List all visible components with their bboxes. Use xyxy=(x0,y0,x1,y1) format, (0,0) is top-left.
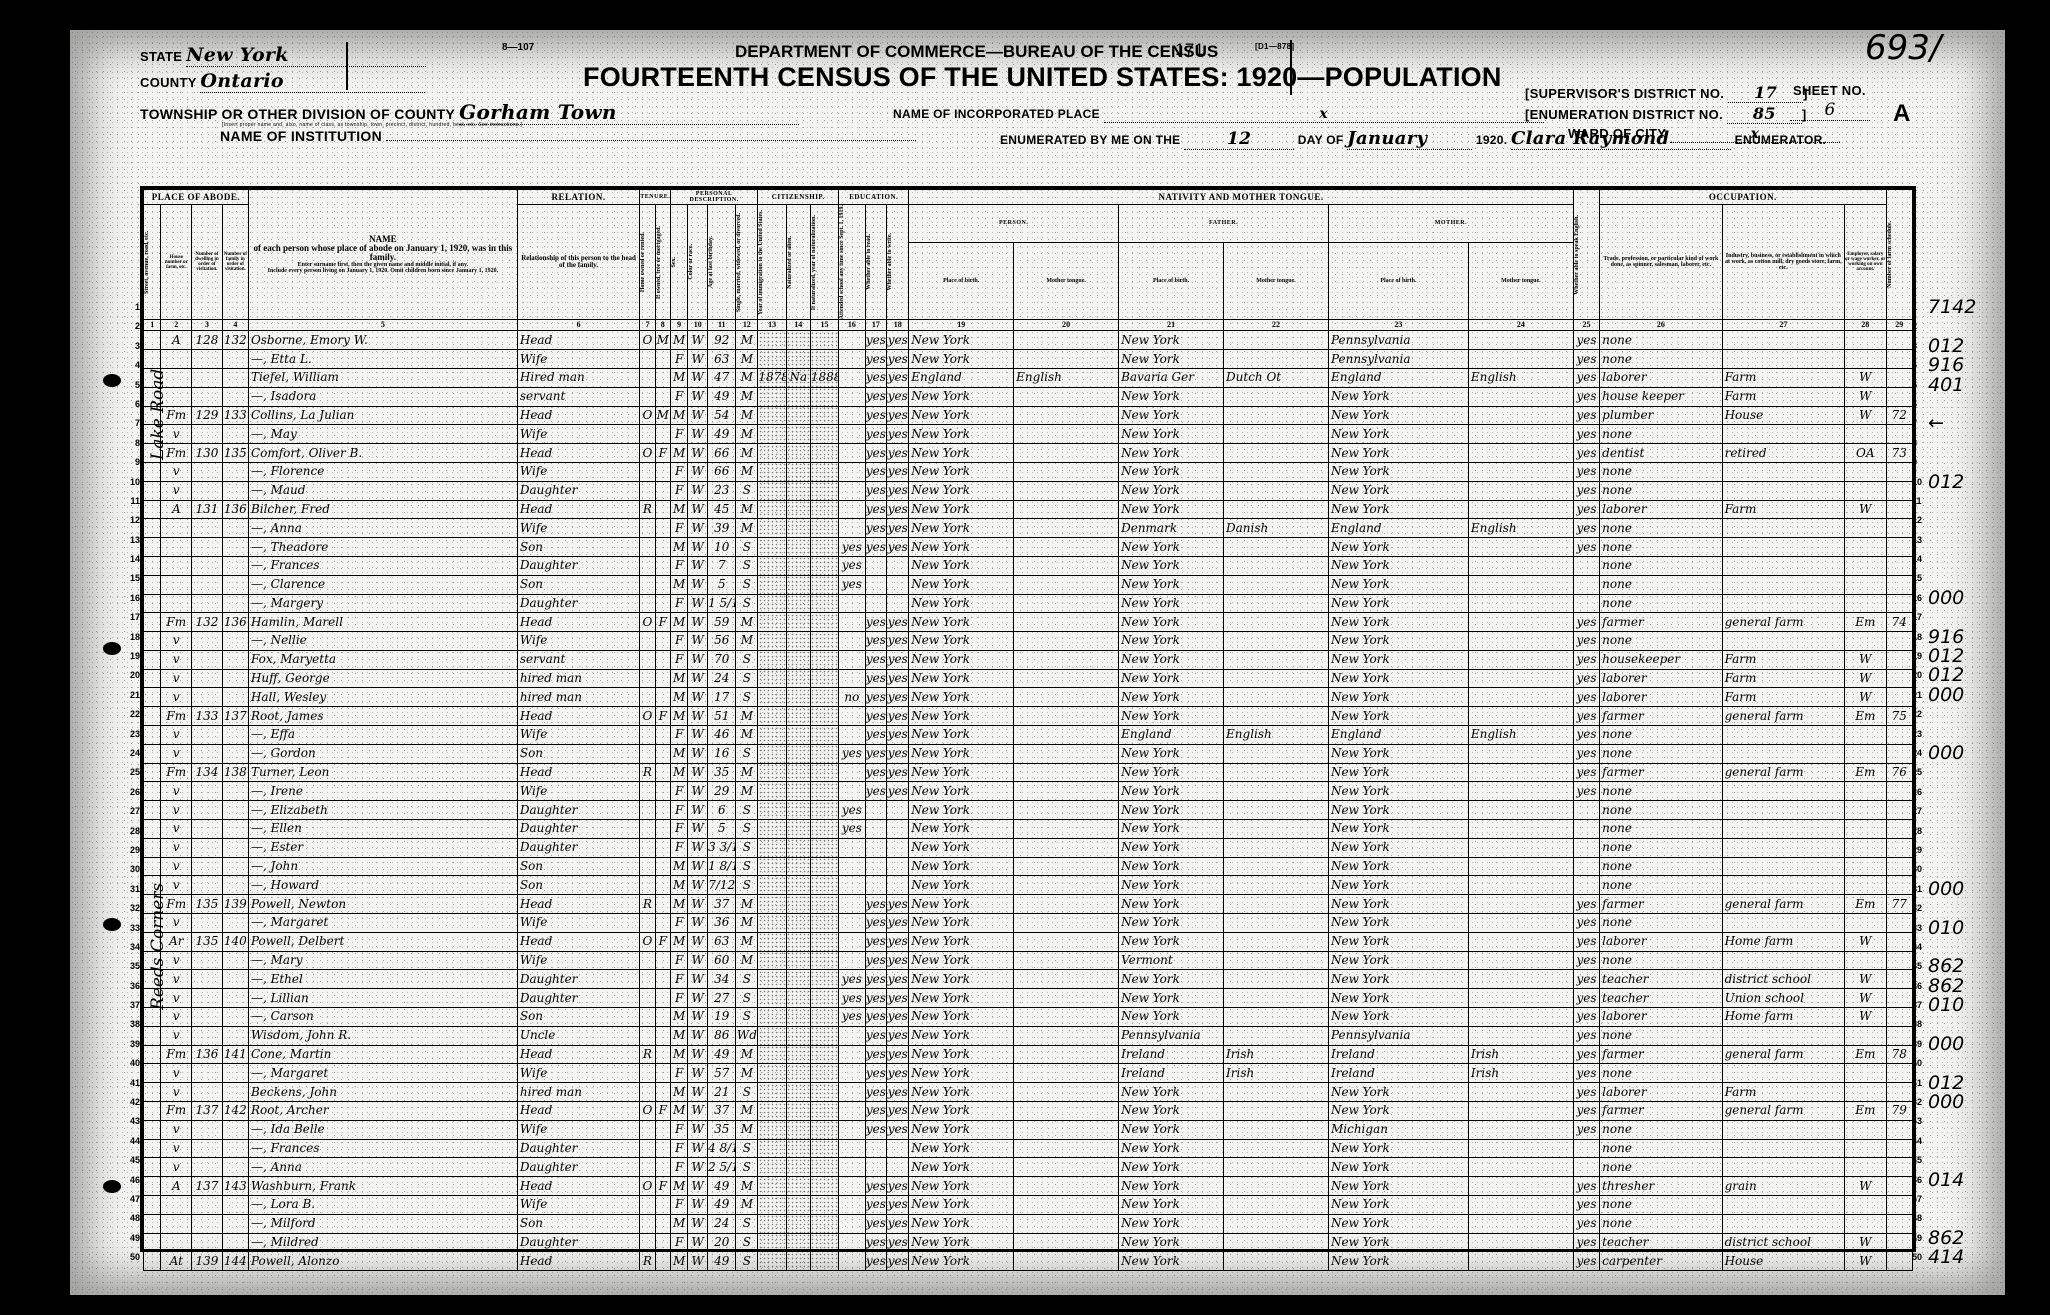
cell-mtongue: Irish xyxy=(1468,1064,1573,1083)
cell-marital: M xyxy=(736,350,758,369)
cell-home xyxy=(640,820,655,839)
line-number: 17 xyxy=(1912,608,1928,627)
cell-name: Tiefel, William xyxy=(248,368,517,387)
cell-ftongue xyxy=(1224,1196,1329,1215)
line-number: 28 xyxy=(124,822,140,841)
cell-employer: W xyxy=(1845,387,1887,406)
cell-house: v xyxy=(161,1158,192,1177)
table-row: Ar135140Powell, DelbertHeadOFMW63Myesyes… xyxy=(144,932,1913,951)
line-number: 27 xyxy=(124,802,140,821)
column-number: 2 xyxy=(161,320,192,331)
cell-english: yes xyxy=(1573,726,1599,745)
line-number: 13 xyxy=(1912,531,1928,550)
supervisor-district-field: [SUPERVISOR'S DISTRICT NO. 17] xyxy=(1525,83,1808,103)
cell-trade: none xyxy=(1600,857,1722,876)
cell-industry xyxy=(1722,556,1844,575)
cell-family xyxy=(222,538,248,557)
cell-family: 135 xyxy=(222,444,248,463)
cell-industry: general farm xyxy=(1722,1102,1844,1121)
cell-english: yes xyxy=(1573,350,1599,369)
cell-ftongue xyxy=(1224,613,1329,632)
cell-natyr xyxy=(810,1214,838,1233)
cell-mort: F xyxy=(655,444,670,463)
cell-trade: none xyxy=(1600,575,1722,594)
nativity-heading: NATIVITY AND MOTHER TONGUE. xyxy=(909,193,1573,202)
cell-immig xyxy=(758,1120,786,1139)
cell-name: Turner, Leon xyxy=(248,763,517,782)
cell-english: yes xyxy=(1573,782,1599,801)
cell-industry: House xyxy=(1722,406,1844,425)
line-number: 12 xyxy=(1912,511,1928,530)
cell-read: yes xyxy=(865,444,887,463)
cell-mpob: New York xyxy=(1328,951,1468,970)
cell-age: 49 xyxy=(708,1252,736,1271)
cell-trade: none xyxy=(1600,1158,1722,1177)
person-pob-heading: Place of birth. xyxy=(909,242,1014,320)
cell-industry xyxy=(1722,538,1844,557)
header-family: Number of family in order of visitation. xyxy=(222,205,248,320)
cell-employer: OA xyxy=(1845,444,1887,463)
line-number: 43 xyxy=(124,1112,140,1131)
column-number: 21 xyxy=(1119,320,1224,331)
cell-read: yes xyxy=(865,1252,887,1271)
cell-family xyxy=(222,1158,248,1177)
line-number: 25 xyxy=(124,763,140,782)
cell-natyr xyxy=(810,1045,838,1064)
cell-relation: Wife xyxy=(517,462,639,481)
column-number: 5 xyxy=(248,320,517,331)
cell-name: —, Etta L. xyxy=(248,350,517,369)
cell-school xyxy=(839,594,865,613)
cell-mort xyxy=(655,594,670,613)
cell-school xyxy=(839,632,865,651)
cell-write: yes xyxy=(887,1177,909,1196)
cell-mtongue xyxy=(1468,669,1573,688)
cell-street xyxy=(144,594,161,613)
cell-trade: farmer xyxy=(1600,707,1722,726)
column-number: 14 xyxy=(786,320,810,331)
cell-age: 63 xyxy=(708,932,736,951)
cell-relation: hired man xyxy=(517,669,639,688)
line-number: 31 xyxy=(124,880,140,899)
cell-pob: New York xyxy=(909,500,1014,519)
cell-natyr xyxy=(810,669,838,688)
line-number: 39 xyxy=(124,1035,140,1054)
line-number: 38 xyxy=(124,1015,140,1034)
cell-sex: F xyxy=(670,350,687,369)
cell-trade: none xyxy=(1600,462,1722,481)
county-field: COUNTY Ontario xyxy=(140,70,425,93)
cell-read xyxy=(865,876,887,895)
cell-relation: Daughter xyxy=(517,989,639,1008)
cell-tongue xyxy=(1014,820,1119,839)
cell-race: W xyxy=(688,1008,708,1027)
cell-family xyxy=(222,556,248,575)
table-row: Fm129133Collins, La JulianHeadOMMW54Myes… xyxy=(144,406,1913,425)
cell-pob: New York xyxy=(909,726,1014,745)
cell-street xyxy=(144,1008,161,1027)
cell-school xyxy=(839,387,865,406)
cell-write: yes xyxy=(887,425,909,444)
cell-race: W xyxy=(688,331,708,350)
cell-pob: New York xyxy=(909,857,1014,876)
cell-mort xyxy=(655,632,670,651)
cell-family: 132 xyxy=(222,331,248,350)
cell-immig xyxy=(758,744,786,763)
cell-mort xyxy=(655,744,670,763)
cell-industry xyxy=(1722,350,1844,369)
cell-natyr xyxy=(810,895,838,914)
cell-industry xyxy=(1722,1120,1844,1139)
cell-mpob: New York xyxy=(1328,1139,1468,1158)
line-number: 3 xyxy=(1912,337,1928,356)
cell-english: yes xyxy=(1573,1177,1599,1196)
header-street: Street, avenue, road, etc. xyxy=(144,205,161,320)
cell-industry: Farm xyxy=(1722,1083,1844,1102)
cell-employer xyxy=(1845,876,1887,895)
cell-english: yes xyxy=(1573,613,1599,632)
cell-industry: Farm xyxy=(1722,368,1844,387)
cell-tongue: English xyxy=(1014,368,1119,387)
person-tongue-heading: Mother tongue. xyxy=(1014,242,1119,320)
cell-nat xyxy=(786,575,810,594)
cell-mort: F xyxy=(655,1102,670,1121)
cell-farm xyxy=(1886,951,1912,970)
cell-nat xyxy=(786,801,810,820)
cell-age: 2 5/12 xyxy=(708,1158,736,1177)
cell-immig xyxy=(758,406,786,425)
cell-street xyxy=(144,519,161,538)
header-sex: Sex. xyxy=(670,205,687,320)
cell-ftongue xyxy=(1224,632,1329,651)
cell-tongue xyxy=(1014,650,1119,669)
cell-marital: S xyxy=(736,820,758,839)
cell-ftongue xyxy=(1224,444,1329,463)
cell-sex: M xyxy=(670,1026,687,1045)
cell-mtongue xyxy=(1468,1102,1573,1121)
cell-house: v xyxy=(161,1120,192,1139)
cell-age: 3 3/12 xyxy=(708,838,736,857)
cell-relation: Son xyxy=(517,1214,639,1233)
cell-pob: New York xyxy=(909,594,1014,613)
cell-relation: Wife xyxy=(517,951,639,970)
school-heading: Attended school any time since Sept. 1, … xyxy=(839,205,845,319)
cell-school xyxy=(839,1158,865,1177)
relation-description: Relationship of this person to the head … xyxy=(517,205,639,320)
cell-mtongue: Irish xyxy=(1468,1045,1573,1064)
cell-marital: M xyxy=(736,519,758,538)
cell-tongue xyxy=(1014,1158,1119,1177)
cell-farm xyxy=(1886,594,1912,613)
cell-employer: W xyxy=(1845,669,1887,688)
cell-employer xyxy=(1845,594,1887,613)
cell-farm xyxy=(1886,857,1912,876)
cell-farm xyxy=(1886,744,1912,763)
cell-natyr xyxy=(810,350,838,369)
cell-fpob: New York xyxy=(1119,1008,1224,1027)
line-number: 35 xyxy=(1912,957,1928,976)
cell-age: 49 xyxy=(708,387,736,406)
cell-read: yes xyxy=(865,1083,887,1102)
cell-marital: M xyxy=(736,1120,758,1139)
institution-field: NAME OF INSTITUTION xyxy=(220,128,916,144)
incorporated-place-field: NAME OF INCORPORATED PLACE x xyxy=(893,106,1544,123)
occupation-code xyxy=(1928,899,2003,918)
cell-house: v xyxy=(161,801,192,820)
cell-english: yes xyxy=(1573,989,1599,1008)
cell-mpob: New York xyxy=(1328,876,1468,895)
cell-pob: New York xyxy=(909,650,1014,669)
cell-trade: farmer xyxy=(1600,613,1722,632)
cell-sex: F xyxy=(670,632,687,651)
column-number: 10 xyxy=(688,320,708,331)
cell-dwelling xyxy=(192,726,223,745)
cell-age: 24 xyxy=(708,669,736,688)
cell-read: yes xyxy=(865,613,887,632)
cell-marital: M xyxy=(736,1064,758,1083)
table-row: v—, AnnaDaughterFW2 5/12SNew YorkNew Yor… xyxy=(144,1158,1913,1177)
cell-farm xyxy=(1886,481,1912,500)
cell-mtongue xyxy=(1468,895,1573,914)
cell-school xyxy=(839,331,865,350)
cell-mpob: New York xyxy=(1328,744,1468,763)
cell-pob: New York xyxy=(909,538,1014,557)
cell-school xyxy=(839,500,865,519)
cell-immig xyxy=(758,763,786,782)
cell-write: yes xyxy=(887,726,909,745)
cell-employer: Em xyxy=(1845,1102,1887,1121)
cell-ftongue xyxy=(1224,1177,1329,1196)
cell-mpob: New York xyxy=(1328,425,1468,444)
cell-mtongue xyxy=(1468,707,1573,726)
enumerated-day: 12 xyxy=(1184,129,1294,150)
cell-immig xyxy=(758,820,786,839)
cell-age: 49 xyxy=(708,1045,736,1064)
cell-mpob: New York xyxy=(1328,650,1468,669)
line-number: 18 xyxy=(1912,628,1928,647)
cell-pob: New York xyxy=(909,613,1014,632)
cell-dwelling xyxy=(192,970,223,989)
cell-write: yes xyxy=(887,500,909,519)
cell-street xyxy=(144,1196,161,1215)
cell-fpob: New York xyxy=(1119,387,1224,406)
cell-industry: Farm xyxy=(1722,500,1844,519)
cell-dwelling xyxy=(192,1064,223,1083)
cell-age: 10 xyxy=(708,538,736,557)
cell-immig xyxy=(758,556,786,575)
cell-tongue xyxy=(1014,481,1119,500)
cell-pob: New York xyxy=(909,575,1014,594)
cell-farm xyxy=(1886,820,1912,839)
line-number: 41 xyxy=(124,1074,140,1093)
cell-race: W xyxy=(688,444,708,463)
cell-age: 37 xyxy=(708,1102,736,1121)
cell-english: yes xyxy=(1573,1064,1599,1083)
cell-english: yes xyxy=(1573,368,1599,387)
line-number: 2 xyxy=(124,317,140,336)
cell-relation: Daughter xyxy=(517,820,639,839)
day-of-label: DAY OF xyxy=(1298,133,1344,147)
cell-english: yes xyxy=(1573,1083,1599,1102)
cell-fpob: New York xyxy=(1119,1233,1224,1252)
cell-industry: Farm xyxy=(1722,688,1844,707)
column-number: 26 xyxy=(1600,320,1722,331)
cell-mtongue: English xyxy=(1468,726,1573,745)
table-row: v—, JohnSonMW1 8/12SNew YorkNew YorkNew … xyxy=(144,857,1913,876)
occupation-code xyxy=(1928,511,2003,530)
occupation-code: 7142 xyxy=(1928,298,2003,317)
cell-family xyxy=(222,726,248,745)
cell-read: yes xyxy=(865,989,887,1008)
cell-write: yes xyxy=(887,1026,909,1045)
cell-farm xyxy=(1886,1196,1912,1215)
cell-relation: servant xyxy=(517,650,639,669)
cell-sex: M xyxy=(670,932,687,951)
cell-industry xyxy=(1722,632,1844,651)
cell-trade: none xyxy=(1600,1120,1722,1139)
cell-fpob: New York xyxy=(1119,350,1224,369)
cell-employer: W xyxy=(1845,406,1887,425)
table-row: v—, HowardSonMW7/12SNew YorkNew YorkNew … xyxy=(144,876,1913,895)
cell-nat xyxy=(786,970,810,989)
table-row: Tiefel, WilliamHired manMW47M1878Na1888y… xyxy=(144,368,1913,387)
cell-nat xyxy=(786,707,810,726)
cell-race: W xyxy=(688,387,708,406)
age-heading: Age at last birthday. xyxy=(708,236,714,288)
occupation-code xyxy=(1928,1151,2003,1170)
occupation-code xyxy=(1928,492,2003,511)
cell-mort xyxy=(655,500,670,519)
cell-school xyxy=(839,462,865,481)
cell-natyr xyxy=(810,820,838,839)
cell-fpob: New York xyxy=(1119,707,1224,726)
cell-marital: M xyxy=(736,632,758,651)
cell-industry: general farm xyxy=(1722,613,1844,632)
cell-name: Huff, George xyxy=(248,669,517,688)
cell-write: yes xyxy=(887,1214,909,1233)
cell-farm xyxy=(1886,425,1912,444)
cell-house: v xyxy=(161,726,192,745)
cell-school: yes xyxy=(839,538,865,557)
cell-mort: F xyxy=(655,707,670,726)
cell-natyr xyxy=(810,425,838,444)
write-heading: Whether able to write. xyxy=(887,233,893,291)
line-number: 5 xyxy=(1912,376,1928,395)
cell-ftongue xyxy=(1224,707,1329,726)
cell-home xyxy=(640,801,655,820)
cell-mpob: New York xyxy=(1328,932,1468,951)
cell-house xyxy=(161,594,192,613)
cell-race: W xyxy=(688,1120,708,1139)
header-age: Age at last birthday. xyxy=(708,205,736,320)
cell-school xyxy=(839,1214,865,1233)
cell-write xyxy=(887,1139,909,1158)
cell-read: yes xyxy=(865,1064,887,1083)
cell-family: 138 xyxy=(222,763,248,782)
line-number: 23 xyxy=(124,725,140,744)
cell-farm: 75 xyxy=(1886,707,1912,726)
cell-mtongue xyxy=(1468,406,1573,425)
line-number: 34 xyxy=(1912,938,1928,957)
sex-heading: Sex. xyxy=(671,257,677,268)
occupation-code xyxy=(1928,1015,2003,1034)
cell-pob: New York xyxy=(909,820,1014,839)
cell-relation: Head xyxy=(517,1177,639,1196)
cell-street xyxy=(144,688,161,707)
cell-immig xyxy=(758,1064,786,1083)
cell-street xyxy=(144,331,161,350)
cell-nat xyxy=(786,989,810,1008)
cell-mtongue xyxy=(1468,650,1573,669)
cell-race: W xyxy=(688,1196,708,1215)
cell-home: R xyxy=(640,1252,655,1271)
cell-ftongue: Irish xyxy=(1224,1064,1329,1083)
cell-dwelling xyxy=(192,425,223,444)
table-row: v—, IreneWifeFW29MyesyesNew YorkNew York… xyxy=(144,782,1913,801)
cell-school xyxy=(839,1196,865,1215)
cell-relation: Daughter xyxy=(517,970,639,989)
line-number: 47 xyxy=(1912,1190,1928,1209)
line-number: 10 xyxy=(1912,473,1928,492)
cell-family xyxy=(222,669,248,688)
cell-pob: New York xyxy=(909,782,1014,801)
cell-english: yes xyxy=(1573,932,1599,951)
cell-age: 16 xyxy=(708,744,736,763)
cell-school xyxy=(839,1102,865,1121)
cell-mort xyxy=(655,820,670,839)
cell-age: 34 xyxy=(708,970,736,989)
dwelling-heading: Number of dwelling in order of visitatio… xyxy=(192,252,222,272)
cell-industry: Union school xyxy=(1722,989,1844,1008)
column-number: 28 xyxy=(1845,320,1887,331)
cell-marital: M xyxy=(736,895,758,914)
cell-immig xyxy=(758,331,786,350)
cell-english: yes xyxy=(1573,763,1599,782)
cell-age: 1 8/12 xyxy=(708,857,736,876)
cell-fpob: Ireland xyxy=(1119,1045,1224,1064)
cell-school: yes xyxy=(839,801,865,820)
table-row: —, ClarenceSonMW5SyesNew YorkNew YorkNew… xyxy=(144,575,1913,594)
line-number: 35 xyxy=(124,957,140,976)
cell-street xyxy=(144,500,161,519)
cell-sex: F xyxy=(670,820,687,839)
cell-trade: laborer xyxy=(1600,500,1722,519)
cell-school xyxy=(839,707,865,726)
cell-mtongue xyxy=(1468,1158,1573,1177)
cell-mtongue xyxy=(1468,632,1573,651)
cell-home: O xyxy=(640,1102,655,1121)
stamp-number: 171 xyxy=(1175,40,1204,60)
cell-family xyxy=(222,857,248,876)
cell-home xyxy=(640,1008,655,1027)
cell-tongue xyxy=(1014,989,1119,1008)
cell-write: yes xyxy=(887,444,909,463)
cell-industry: House xyxy=(1722,1252,1844,1271)
cell-relation: Head xyxy=(517,1102,639,1121)
cell-family xyxy=(222,970,248,989)
cell-dwelling xyxy=(192,1120,223,1139)
line-number: 31 xyxy=(1912,880,1928,899)
nat-year-heading: If naturalized, year of naturalization. xyxy=(811,215,817,310)
cell-immig xyxy=(758,707,786,726)
cell-farm xyxy=(1886,650,1912,669)
cell-street xyxy=(144,1252,161,1271)
cell-english: yes xyxy=(1573,688,1599,707)
cell-english xyxy=(1573,838,1599,857)
cell-ftongue xyxy=(1224,556,1329,575)
line-number: 6 xyxy=(1912,395,1928,414)
cell-write xyxy=(887,857,909,876)
